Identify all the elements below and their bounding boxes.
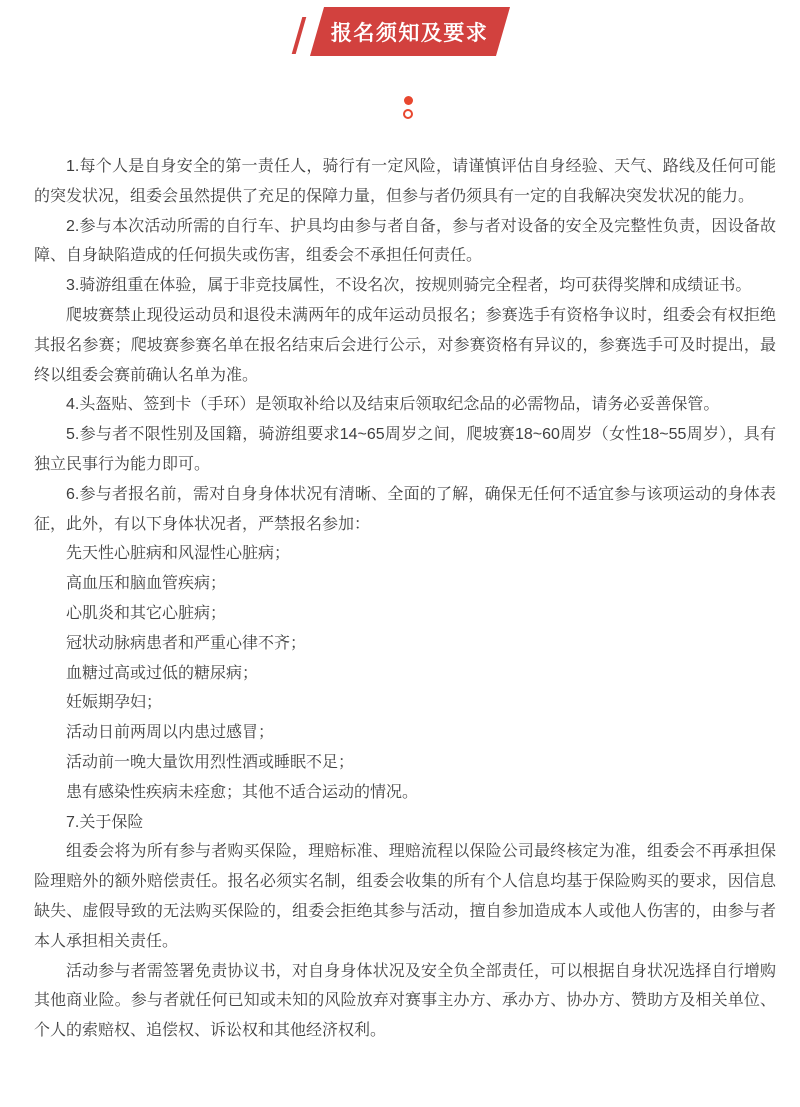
health-condition-item: 高血压和脑血管疾病； [34, 569, 776, 599]
section-header-banner: 报名须知及要求 [310, 7, 510, 56]
page-title: 报名须知及要求 [331, 17, 489, 47]
health-condition-item: 妊娠期孕妇； [34, 688, 776, 718]
health-condition-item: 血糖过高或过低的糖尿病； [34, 659, 776, 689]
notice-body: 1.每个人是自身安全的第一责任人，骑行有一定风险，请谨慎评估自身经验、天气、路线… [34, 152, 776, 1046]
notice-paragraph: 7.关于保险 [34, 808, 776, 838]
notice-page: 报名须知及要求 1.每个人是自身安全的第一责任人，骑行有一定风险，请谨慎评估自身… [0, 0, 800, 1107]
banner-slash-icon [292, 17, 307, 54]
health-condition-item: 患有感染性疾病未痊愈；其他不适合运动的情况。 [34, 778, 776, 808]
health-condition-item: 活动日前两周以内患过感冒； [34, 718, 776, 748]
notice-paragraph: 5.参与者不限性别及国籍，骑游组要求14~65周岁之间，爬坡赛18~60周岁（女… [34, 420, 776, 480]
hollow-circle-icon [403, 109, 413, 119]
notice-paragraph: 爬坡赛禁止现役运动员和退役未满两年的成年运动员报名；参赛选手有资格争议时，组委会… [34, 301, 776, 390]
health-condition-item: 心肌炎和其它心脏病； [34, 599, 776, 629]
health-condition-item: 先天性心脏病和风湿性心脏病； [34, 539, 776, 569]
notice-paragraph: 3.骑游组重在体验，属于非竞技属性，不设名次，按规则骑完全程者，均可获得奖牌和成… [34, 271, 776, 301]
health-condition-item: 活动前一晚大量饮用烈性酒或睡眠不足； [34, 748, 776, 778]
health-condition-item: 冠状动脉病患者和严重心律不齐； [34, 629, 776, 659]
notice-paragraph: 4.头盔贴、签到卡（手环）是领取补给以及结束后领取纪念品的必需物品，请务必妥善保… [34, 390, 776, 420]
notice-paragraph: 6.参与者报名前，需对自身身体状况有清晰、全面的了解，确保无任何不适宜参与该项运… [34, 480, 776, 540]
filled-dot-icon [404, 96, 413, 105]
notice-paragraph: 活动参与者需签署免责协议书，对自身身体状况及安全负全部责任，可以根据自身状况选择… [34, 957, 776, 1046]
notice-paragraph: 组委会将为所有参与者购买保险，理赔标准、理赔流程以保险公司最终核定为准，组委会不… [34, 837, 776, 956]
notice-paragraph: 1.每个人是自身安全的第一责任人，骑行有一定风险，请谨慎评估自身经验、天气、路线… [34, 152, 776, 212]
notice-paragraph: 2.参与本次活动所需的自行车、护具均由参与者自备，参与者对设备的安全及完整性负责… [34, 212, 776, 272]
